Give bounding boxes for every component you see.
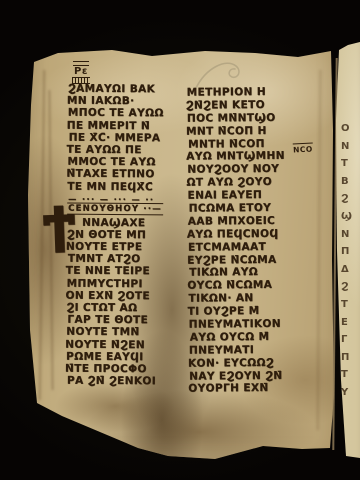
text-line: Ν̄ΤΑΧΕ ΕΤΠΝΟ [66, 168, 186, 181]
partial-letter: Γ [341, 331, 359, 349]
text-line: ΠΟϹ ΜΝ̄ΝΤϢΟ [187, 111, 322, 125]
partial-letter: Ε [341, 314, 359, 332]
text-line: ΝΟΥΤΕ Ν̄ϨΕΝ [65, 338, 185, 351]
text-line: ΟΝ ΕΧΝ̄ ϨΟΤΕ [66, 289, 186, 302]
partial-letter: Δ [341, 261, 359, 279]
section-title: ϹΕΝΟΥΘΗΟΥ ··— [67, 203, 186, 217]
partial-letter: Τ [341, 366, 359, 384]
partial-letter: Β [341, 173, 359, 191]
partial-letter: Ο [341, 120, 359, 138]
partial-letter: Τ [341, 155, 359, 173]
partial-letter: Τ [341, 296, 359, 314]
section-title-text: ϹΕΝΟΥΘΗΟΥ ··— [67, 202, 163, 215]
text-line: ΑΥΩ ΠΕϤϹΝΟϤ [187, 227, 323, 241]
page-number: Ρε [70, 61, 92, 84]
text-line: ΕΤϹΜΑΜΑΑΤ [188, 240, 323, 254]
text-line: ΤΕ ΜΝ ΠΕϤΧ̄Ϲ̄ [67, 180, 186, 193]
partial-letter: Υ [341, 384, 359, 402]
text-column-right: ΜΕΤΗΡΙΟΝ Η ϨΝ̄ϨΕΝ ΚΕΤΟ ΠΟϹ ΜΝ̄ΝΤϢΟ ΜΝΤ Ν… [186, 85, 325, 396]
initial-letter: Ϯ [41, 199, 77, 250]
manuscript-page: Ρε ϨΑΜΑΥΩΙ ΒΑΚ ΜΝ ΙΑΚΩΒ· ΜΠΟϹ ΤΕ ΑΥΩΩ ΠΕ… [0, 0, 360, 480]
text-line: ΝΝΑϢΑΧΕ [66, 216, 186, 229]
text-line: ΜΠΜΥϹΤΗΡΙ [67, 277, 186, 290]
partial-letter: Ϩ [341, 190, 359, 208]
partial-letter: Π [341, 243, 359, 261]
text-line: ΠΕ Μ̄ΜΕΡΙΤ Ν̄ [67, 119, 187, 132]
partial-letter: Π [341, 349, 359, 367]
partial-letter: Ϣ [341, 208, 359, 226]
text-line: ΚΟΝ· ΕΥϹΩΩϨ [188, 356, 324, 370]
text-line: ΜΠΟϹ ΤΕ ΑΥΩΩ [68, 107, 187, 120]
text-line: ΜΝΤ Ν̄ϹΟΠ Η [186, 124, 322, 138]
partial-letter: Ϩ [341, 278, 359, 296]
text-line: ΡΑ ϨΝ̄ ϨΕΝΚΟΙ [67, 375, 185, 388]
next-page-partial-text: Ο Ν Τ Β Ϩ Ϣ Ν Π Δ Ϩ Τ Ε Γ Π Τ Υ [341, 120, 359, 402]
manuscript-photo: Ρε ϨΑΜΑΥΩΙ ΒΑΚ ΜΝ ΙΑΚΩΒ· ΜΠΟϹ ΤΕ ΑΥΩΩ ΠΕ… [0, 0, 360, 480]
page-number-label: Ρε [70, 66, 92, 77]
text-line: ΑΑΒ Μ̄ΠΧΟΕΙϹ [188, 214, 323, 228]
text-line: ΤΕ ΝΝΕ ΤΕΙΡΕ [66, 265, 186, 278]
text-line: ΟΥΟΡΓΗ ΕΧΝ̄ [188, 382, 324, 396]
partial-letter: Ν [341, 138, 359, 156]
text-line: ΠΕ Χ̄Ϲ̄· ΜΜΕΡΑ [69, 131, 187, 144]
text-line: ΝΟΥΤΕ ΤΜΝ̄ [66, 326, 185, 339]
text-line: ΡΩΜΕ ΕΑΥϤΙ [66, 350, 185, 363]
text-line: ΑΥΩ ΟΥϹΩ Μ̄ [190, 330, 324, 344]
marginal-note: ΝϹΟ [293, 142, 313, 154]
text-line: ΠΝΕΥΜΑΤΙ [189, 343, 324, 357]
text-column-left: ϨΑΜΑΥΩΙ ΒΑΚ ΜΝ ΙΑΚΩΒ· ΜΠΟϹ ΤΕ ΑΥΩΩ ΠΕ Μ̄… [65, 83, 187, 388]
partial-letter: Ν [341, 226, 359, 244]
text-line: ϨΝ̄ϨΕΝ ΚΕΤΟ [186, 98, 322, 112]
